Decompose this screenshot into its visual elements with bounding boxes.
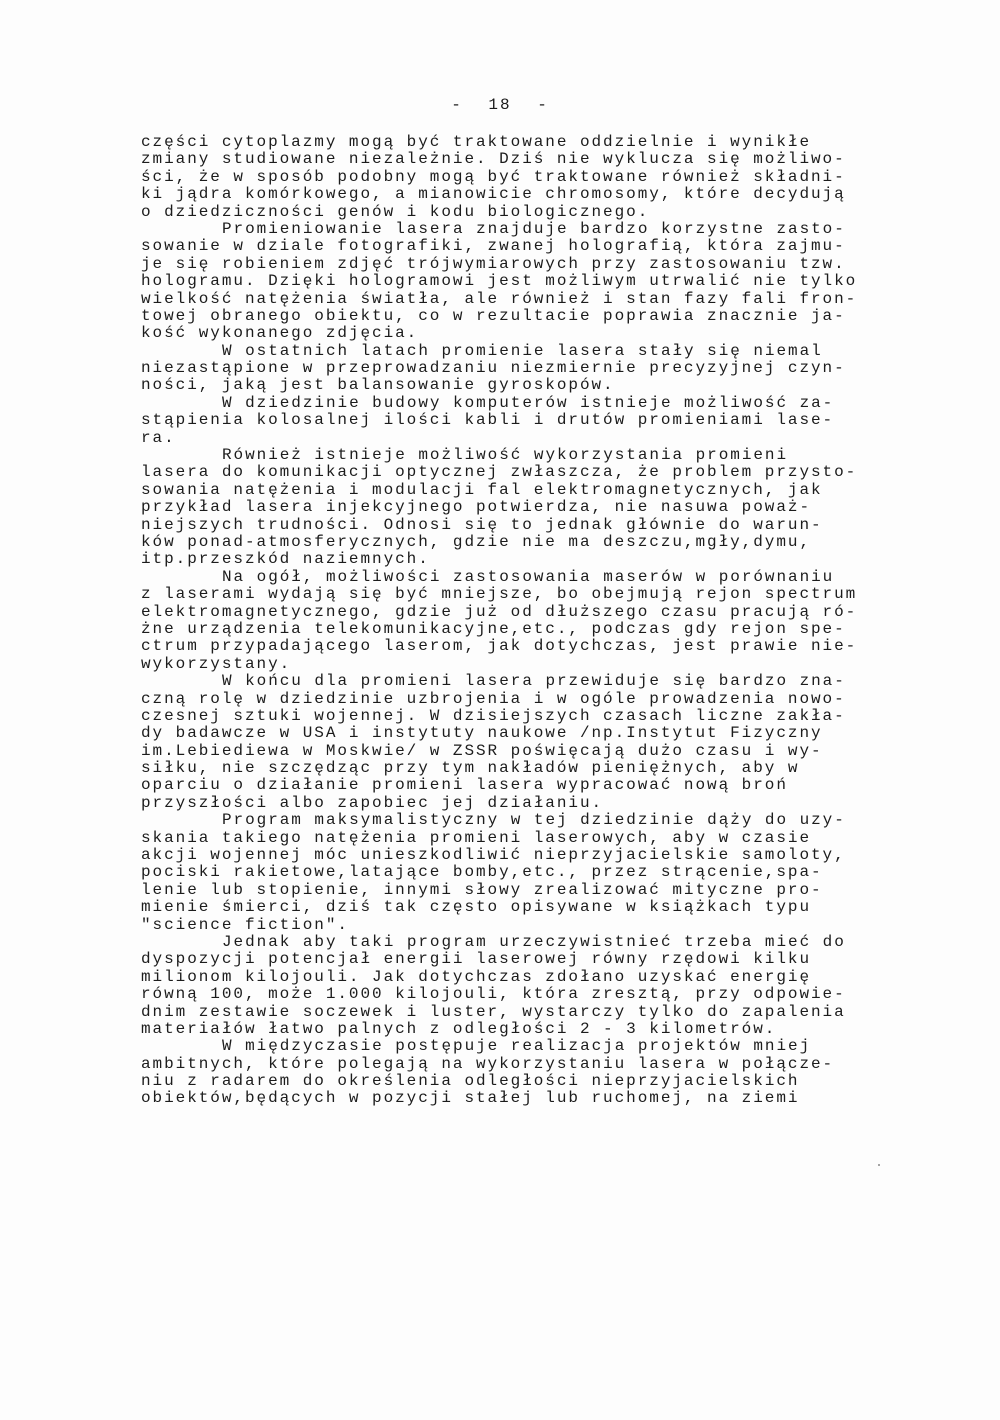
body-text: części cytoplazmy mogą być traktowane od… — [141, 134, 901, 1108]
text-line: itp.przeszkód naziemnych. — [141, 551, 901, 568]
text-line: o dziedziczności genów i kodu biologiczn… — [141, 204, 901, 221]
text-line: je się robieniem zdjęć trójwymiarowych p… — [141, 256, 901, 273]
text-line: W ostatnich latach promienie lasera stał… — [141, 343, 901, 360]
text-line: dnim zestawie soczewek i luster, wystarc… — [141, 1004, 901, 1021]
text-line: czną rolę w dziedzinie uzbrojenia i w og… — [141, 691, 901, 708]
text-line: zmiany studiowane niezależnie. Dziś nie … — [141, 151, 901, 168]
text-line: W dziedzinie budowy komputerów istnieje … — [141, 395, 901, 412]
text-line: ności, jaką jest balansowanie gyroskopów… — [141, 377, 901, 394]
text-line: wielkość natężenia światła, ale również … — [141, 291, 901, 308]
text-line: Na ogół, możliwości zastosowania maserów… — [141, 569, 901, 586]
text-line: W międzyczasie postępuje realizacja proj… — [141, 1038, 901, 1055]
text-line: lasera do komunikacji optycznej zwłaszcz… — [141, 464, 901, 481]
text-line: akcji wojennej móc unieszkodliwić nieprz… — [141, 847, 901, 864]
paragraph: Promieniowanie lasera znajduje bardzo ko… — [141, 221, 901, 343]
text-line: kość wykonanego zdjęcia. — [141, 325, 901, 342]
text-line: Program maksymalistyczny w tej dziedzini… — [141, 812, 901, 829]
text-line: z laserami wydają się być mniejsze, bo o… — [141, 586, 901, 603]
scan-speck — [878, 1164, 880, 1166]
text-line: stąpienia kolosalnej ilości kabli i drut… — [141, 412, 901, 429]
paragraph: Jednak aby taki program urzeczywistnieć … — [141, 934, 901, 1038]
text-line: sowania natężenia i modulacji fal elektr… — [141, 482, 901, 499]
text-line: W końcu dla promieni lasera przewiduje s… — [141, 673, 901, 690]
text-line: wykorzystany. — [141, 656, 901, 673]
paragraph: Program maksymalistyczny w tej dziedzini… — [141, 812, 901, 934]
text-line: mienie śmierci, dziś tak często opisywan… — [141, 899, 901, 916]
text-line: ctrum przypadającego laserom, jak dotych… — [141, 638, 901, 655]
paragraph: Na ogół, możliwości zastosowania maserów… — [141, 569, 901, 673]
text-line: przykład lasera injekcyjnego potwierdza,… — [141, 499, 901, 516]
paragraph: W międzyczasie postępuje realizacja proj… — [141, 1038, 901, 1108]
paragraph: Również istnieje możliwość wykorzystania… — [141, 447, 901, 569]
text-line: materiałów łatwo palnych z odległości 2 … — [141, 1021, 901, 1038]
paragraph: W ostatnich latach promienie lasera stał… — [141, 343, 901, 395]
text-line: Również istnieje możliwość wykorzystania… — [141, 447, 901, 464]
paragraph: W końcu dla promieni lasera przewiduje s… — [141, 673, 901, 812]
text-line: ra. — [141, 430, 901, 447]
text-line: Promieniowanie lasera znajduje bardzo ko… — [141, 221, 901, 238]
text-line: Jednak aby taki program urzeczywistnieć … — [141, 934, 901, 951]
document-page: - 18 - części cytoplazmy mogą być trakto… — [0, 0, 1000, 1420]
text-line: żne urządzenia telekomunikacyjne,etc., p… — [141, 621, 901, 638]
text-line: niu z radarem do określenia odległości n… — [141, 1073, 901, 1090]
paragraph: części cytoplazmy mogą być traktowane od… — [141, 134, 901, 221]
text-line: niezastąpione w przeprowadzaniu niezmier… — [141, 360, 901, 377]
text-line: równą 100, może 1.000 kilojouli, która z… — [141, 986, 901, 1003]
text-line: im.Lebiediewa w Moskwie/ w ZSSR poświęca… — [141, 743, 901, 760]
text-line: dyspozycji potencjał energii laserowej r… — [141, 951, 901, 968]
page-number: - 18 - — [0, 96, 1000, 114]
text-line: obiektów,będących w pozycji stałej lub r… — [141, 1090, 901, 1107]
text-line: ści, że w sposób podobny mogą być trakto… — [141, 169, 901, 186]
text-line: czesnej sztuki wojennej. W dzisiejszych … — [141, 708, 901, 725]
text-line: ki jądra komórkowego, a mianowicie chrom… — [141, 186, 901, 203]
text-line: siłku, nie szczędząc przy tym nakładów p… — [141, 760, 901, 777]
text-line: przyszłości albo zapobiec jej działaniu. — [141, 795, 901, 812]
text-line: sowanie w dziale fotografiki, zwanej hol… — [141, 238, 901, 255]
text-line: oparciu o działanie promieni lasera wypr… — [141, 777, 901, 794]
text-line: pociski rakietowe,latające bomby,etc., p… — [141, 864, 901, 881]
text-line: ambitnych, które polegają na wykorzystan… — [141, 1056, 901, 1073]
paragraph: W dziedzinie budowy komputerów istnieje … — [141, 395, 901, 447]
text-line: towej obranego obiektu, co w rezultacie … — [141, 308, 901, 325]
text-line: części cytoplazmy mogą być traktowane od… — [141, 134, 901, 151]
text-line: skania takiego natężenia promieni lasero… — [141, 830, 901, 847]
text-line: hologramu. Dzięki hologramowi jest możli… — [141, 273, 901, 290]
text-line: niejszych trudności. Odnosi się to jedna… — [141, 517, 901, 534]
text-line: ków ponad-atmosferycznych, gdzie nie ma … — [141, 534, 901, 551]
text-line: dy badawcze w USA i instytuty naukowe /n… — [141, 725, 901, 742]
text-line: elektromagnetycznego, gdzie już od dłużs… — [141, 604, 901, 621]
text-line: "science fiction". — [141, 917, 901, 934]
text-line: lenie lub stopienie, innymi słowy zreali… — [141, 882, 901, 899]
text-line: milionom kilojouli. Jak dotychczas zdoła… — [141, 969, 901, 986]
